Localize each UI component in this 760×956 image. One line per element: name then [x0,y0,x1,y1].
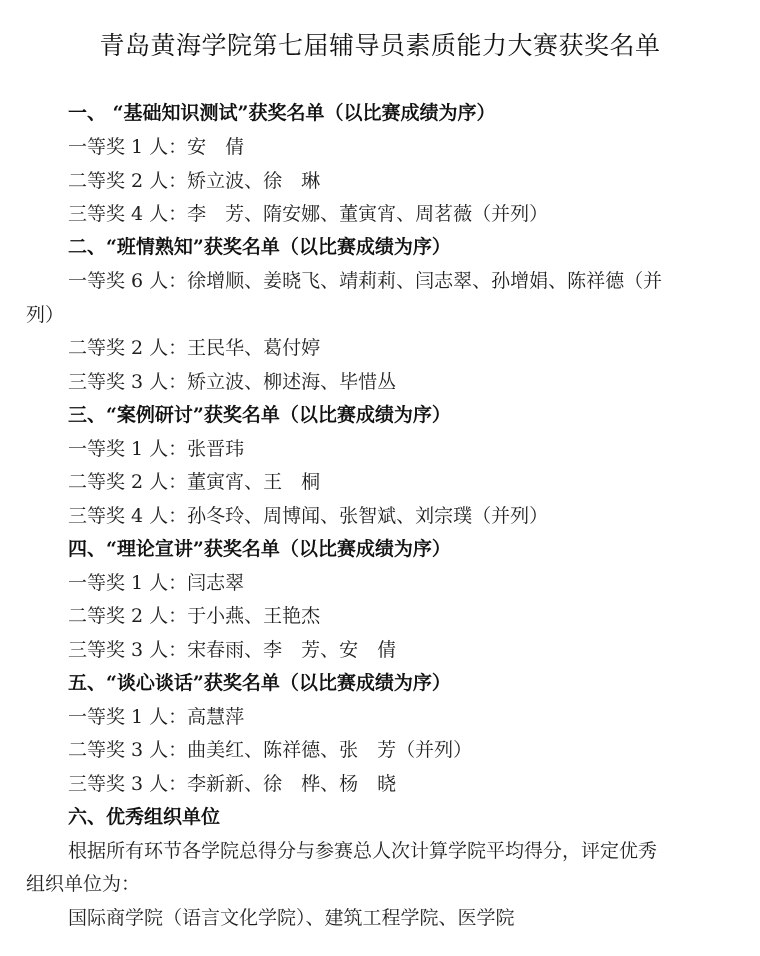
paragraph-line: 根据所有环节各学院总得分与参赛总人次计算学院平均得分，评定优秀 [68,838,657,864]
award-line-continuation: 列） [26,302,64,328]
award-line: 二等奖 2 人：董寅宵、王 桐 [68,469,320,495]
section-heading-heart-talk: 五、“谈心谈话”获奖名单（以比赛成绩为序） [68,670,451,696]
excellent-units-list: 国际商学院（语言文化学院）、建筑工程学院、医学院 [68,905,515,931]
award-line: 一等奖 1 人：张晋玮 [68,436,244,462]
section-heading-excellent-units: 六、优秀组织单位 [68,804,220,830]
award-line: 一等奖 6 人：徐增顺、姜晓飞、靖莉莉、闫志翠、孙增娟、陈祥德（并 [68,268,662,294]
section-heading-case-study: 三、“案例研讨”获奖名单（以比赛成绩为序） [68,402,451,428]
award-line: 三等奖 4 人：孙冬玲、周博闻、张智斌、刘宗璞（并列） [68,503,548,529]
award-line: 三等奖 3 人：李新新、徐 桦、杨 晓 [68,771,396,797]
award-line: 二等奖 3 人：曲美红、陈祥德、张 芳（并列） [68,737,472,763]
award-line: 一等奖 1 人：安 倩 [68,134,244,160]
award-line: 三等奖 4 人：李 芳、隋安娜、董寅宵、周茗薇（并列） [68,201,548,227]
award-line: 一等奖 1 人：高慧萍 [68,704,244,730]
section-heading-theory-lecture: 四、“理论宣讲”获奖名单（以比赛成绩为序） [68,536,451,562]
award-line: 二等奖 2 人：矫立波、徐 琳 [68,168,320,194]
award-line: 一等奖 1 人：闫志翠 [68,570,244,596]
paragraph-line: 组织单位为： [26,871,140,897]
award-line: 二等奖 2 人：王民华、葛付婷 [68,335,320,361]
award-line: 三等奖 3 人：宋春雨、李 芳、安 倩 [68,637,396,663]
document-page: 青岛黄海学院第七届辅导员素质能力大赛获奖名单 一、 “基础知识测试”获奖名单（以… [0,0,760,956]
award-line: 二等奖 2 人：于小燕、王艳杰 [68,603,320,629]
award-line: 三等奖 3 人：矫立波、柳述海、毕惜丛 [68,369,396,395]
section-heading-basic-knowledge: 一、 “基础知识测试”获奖名单（以比赛成绩为序） [68,100,495,126]
section-heading-class-knowledge: 二、“班情熟知”获奖名单（以比赛成绩为序） [68,234,451,260]
document-title: 青岛黄海学院第七届辅导员素质能力大赛获奖名单 [0,26,760,66]
